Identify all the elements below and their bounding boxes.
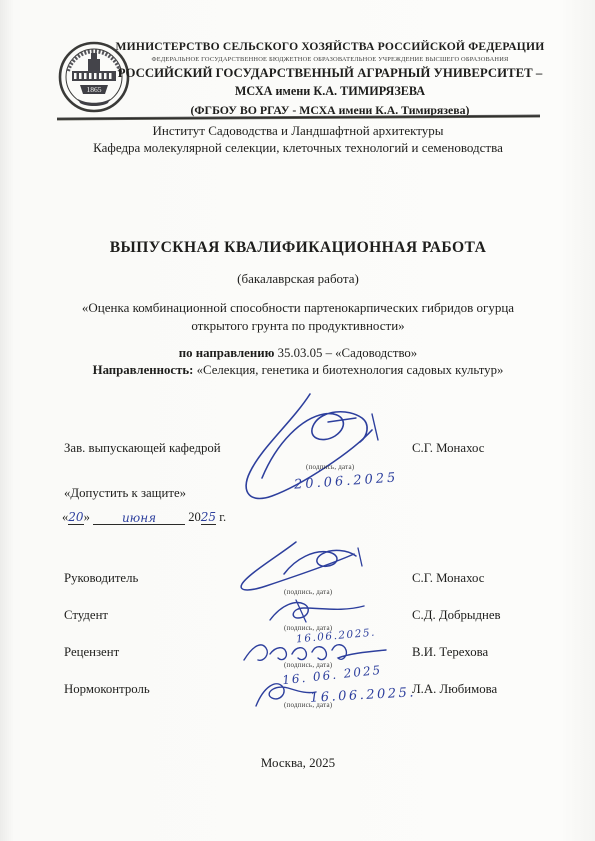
institute-line: Институт Садоводства и Ландшафтной архит… [48,123,548,140]
signatory-role: Нормоконтроль [64,682,150,697]
ministry-line: МИНИСТЕРСТВО СЕЛЬСКОГО ХОЗЯЙСТВА РОССИЙС… [110,40,550,54]
direction-value: 35.03.05 – «Садоводство» [274,346,417,360]
seal-year: 1865 [87,85,102,94]
work-title: ВЫПУСКНАЯ КВАЛИФИКАЦИОННАЯ РАБОТА [48,239,548,257]
date-year-prefix: 20 [188,510,201,524]
signatory-role: Руководитель [64,571,138,586]
head-signature [232,392,410,512]
department-line: Кафедра молекулярной селекции, клеточных… [48,140,548,157]
city-year-line: Москва, 2025 [48,755,548,771]
university-name-line1: РОССИЙСКИЙ ГОСУДАРСТВЕННЫЙ АГРАРНЫЙ УНИВ… [110,66,550,82]
work-theme: «Оценка комбинационной способности парте… [52,299,544,334]
direction-label: по направлению [179,346,275,360]
date-month-blank: июня [93,511,185,525]
date-quote-close: » [84,510,90,524]
date-day-handwritten: 20 [68,510,83,525]
date-year-unit: г. [216,510,226,524]
signatory-name: С.Г. Монахос [412,571,484,586]
defense-date-line: «20» июня 2025 г. [62,510,226,525]
date-year-handwritten: 25 [201,510,216,525]
document-header: МИНИСТЕРСТВО СЕЛЬСКОГО ХОЗЯЙСТВА РОССИЙС… [110,40,550,117]
normcontrol-signature-date: 16.06.2025. [310,685,417,706]
signatory-name: Л.А. Любимова [412,682,497,697]
supervisor-signature [236,540,386,592]
signatory-name: В.И. Терехова [412,645,488,660]
profile-label: Направленность: [93,363,194,377]
work-subtitle: (бакалаврская работа) [48,271,548,287]
signature-caption: (подпись, дата) [284,588,332,596]
institute-department-block: Институт Садоводства и Ландшафтной архит… [48,123,548,157]
thesis-title-page: 1865 МИНИСТЕРСТВО СЕЛЬСКОГО ХОЗЯЙСТВА РО… [0,0,595,841]
date-month-handwritten: июня [122,511,156,525]
profile-line: Направленность: «Селекция, генетика и би… [48,363,548,378]
signatory-name: С.Д. Добрыднев [412,608,501,623]
accreditation-line: ФЕДЕРАЛЬНОЕ ГОСУДАРСТВЕННОЕ БЮДЖЕТНОЕ ОБ… [110,56,550,64]
university-name-line2: МСХА имени К.А. ТИМИРЯЗЕВА [110,84,550,99]
head-signature-caption: (подпись, дата) [306,463,354,471]
student-signature [252,596,372,626]
direction-line: по направлению 35.03.05 – «Садоводство» [48,346,548,361]
admit-to-defense-line: «Допустить к защите» [64,486,186,501]
profile-value: «Селекция, генетика и биотехнология садо… [193,363,503,377]
signatory-role: Рецензент [64,645,119,660]
head-name: С.Г. Монахос [412,441,484,456]
head-role-label: Зав. выпускающей кафедрой [64,441,221,456]
signatory-role: Студент [64,608,108,623]
